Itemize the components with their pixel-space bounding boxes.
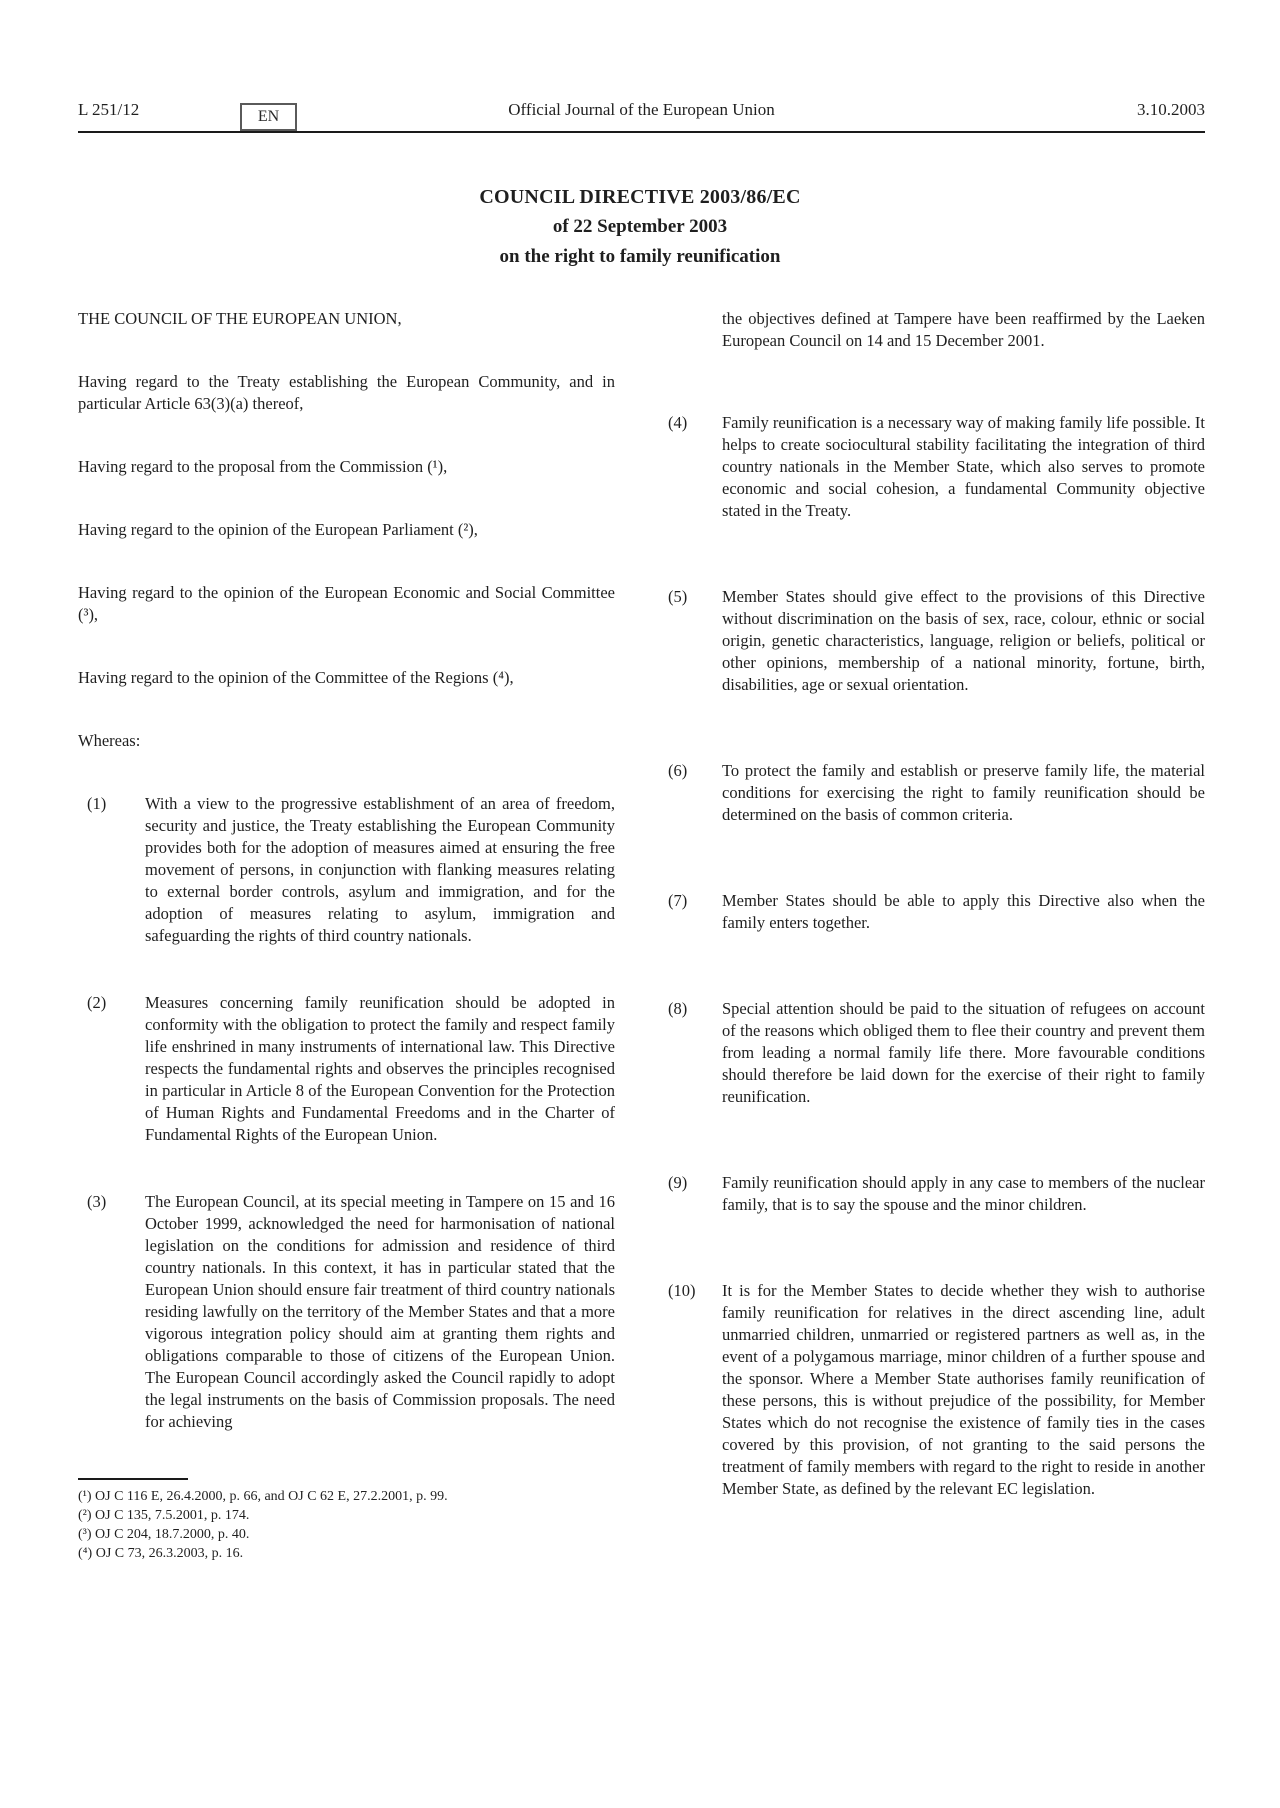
recital-number: (4) [668, 412, 722, 522]
recital-2: (2) Measures concerning family reunifica… [78, 992, 615, 1146]
footnote: (³) OJ C 204, 18.7.2000, p. 40. [78, 1525, 615, 1544]
recital-number: (6) [668, 760, 722, 826]
directive-subject: on the right to family reunification [0, 246, 1280, 268]
journal-title: Official Journal of the European Union [78, 100, 1205, 120]
recital-5: (5) Member States should give effect to … [668, 586, 1205, 696]
recital-6: (6) To protect the family and establish … [668, 760, 1205, 826]
recital-text: the objectives defined at Tampere have b… [722, 308, 1205, 352]
recital-number: (8) [668, 998, 722, 1108]
recital-number: (3) [78, 1191, 145, 1433]
preamble-citation: Having regard to the opinion of the Comm… [78, 667, 615, 689]
recital-number: (2) [78, 992, 145, 1146]
recital-text: To protect the family and establish or p… [722, 760, 1205, 826]
recital-text: Member States should give effect to the … [722, 586, 1205, 696]
recital-number: (7) [668, 890, 722, 934]
preamble-citation: Having regard to the Treaty establishing… [78, 371, 615, 415]
recital-number: (10) [668, 1280, 722, 1500]
recital-10: (10) It is for the Member States to deci… [668, 1280, 1205, 1500]
footnotes-block: (¹) OJ C 116 E, 26.4.2000, p. 66, and OJ… [78, 1478, 615, 1563]
recital-text: Family reunification should apply in any… [722, 1172, 1205, 1216]
recital-4: (4) Family reunification is a necessary … [668, 412, 1205, 522]
preamble-citation: Having regard to the opinion of the Euro… [78, 582, 615, 626]
recital-number-empty [668, 308, 722, 352]
recital-text: Measures concerning family reunification… [145, 992, 615, 1146]
recital-number: (9) [668, 1172, 722, 1216]
publication-date: 3.10.2003 [1137, 100, 1205, 120]
directive-title-block: COUNCIL DIRECTIVE 2003/86/EC of 22 Septe… [0, 186, 1280, 268]
recital-text: Family reunification is a necessary way … [722, 412, 1205, 522]
preamble-citation: Having regard to the opinion of the Euro… [78, 519, 615, 541]
recital-text: The European Council, at its special mee… [145, 1191, 615, 1433]
recital-8: (8) Special attention should be paid to … [668, 998, 1205, 1108]
recital-9: (9) Family reunification should apply in… [668, 1172, 1205, 1216]
header-rule [78, 131, 1205, 133]
recital-3: (3) The European Council, at its special… [78, 1191, 615, 1433]
recital-text: Special attention should be paid to the … [722, 998, 1205, 1108]
recital-text: It is for the Member States to decide wh… [722, 1280, 1205, 1500]
recital-text: With a view to the progressive establish… [145, 793, 615, 947]
preamble-citation: Having regard to the proposal from the C… [78, 456, 615, 478]
recital-1: (1) With a view to the progressive estab… [78, 793, 615, 947]
right-column: the objectives defined at Tampere have b… [668, 308, 1205, 1563]
footnote-rule [78, 1478, 188, 1480]
directive-date: of 22 September 2003 [0, 216, 1280, 238]
left-column: THE COUNCIL OF THE EUROPEAN UNION, Havin… [78, 308, 615, 1563]
footnote: (⁴) OJ C 73, 26.3.2003, p. 16. [78, 1544, 615, 1563]
directive-number: COUNCIL DIRECTIVE 2003/86/EC [0, 186, 1280, 209]
page-header: L 251/12 EN Official Journal of the Euro… [78, 0, 1205, 140]
recital-7: (7) Member States should be able to appl… [668, 890, 1205, 934]
body-columns: THE COUNCIL OF THE EUROPEAN UNION, Havin… [78, 308, 1205, 1563]
footnote: (²) OJ C 135, 7.5.2001, p. 174. [78, 1506, 615, 1525]
recital-number: (5) [668, 586, 722, 696]
footnote: (¹) OJ C 116 E, 26.4.2000, p. 66, and OJ… [78, 1487, 615, 1506]
recital-number: (1) [78, 793, 145, 947]
document-page: L 251/12 EN Official Journal of the Euro… [0, 0, 1280, 1808]
preamble-party: THE COUNCIL OF THE EUROPEAN UNION, [78, 308, 615, 330]
whereas-label: Whereas: [78, 730, 615, 752]
recital-3-continuation: the objectives defined at Tampere have b… [668, 308, 1205, 352]
recital-text: Member States should be able to apply th… [722, 890, 1205, 934]
